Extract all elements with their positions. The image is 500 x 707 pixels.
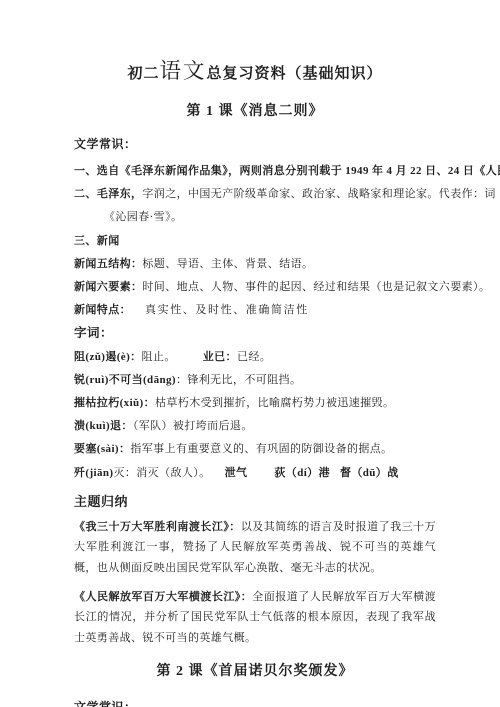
theme-paragraph-1: 《我三十万大军胜利南渡长江》：以及其简练的语言及时报道了我三十万大军胜利渡江一事… xyxy=(74,517,436,579)
vocab-jian-label: 歼(jiān) xyxy=(74,467,113,479)
news-features-label: 新闻特点： xyxy=(74,304,131,316)
news-item: 三、新闻 xyxy=(74,230,436,253)
lesson2-heading: 第 2 课《首届诺贝尔奖颁发》 xyxy=(74,664,436,680)
lesson1-heading: 第 1 课《消息二则》 xyxy=(74,104,436,120)
title-suffix: 总复习资料（基础知识） xyxy=(207,66,383,82)
vocab-sai-text: 指军事上有重要意义的、有巩固的防御设备的据点。 xyxy=(130,443,392,455)
vocab-yeyi-text: 已经。 xyxy=(237,351,271,363)
vocab-rui-label: 锐(ruì)不可当(dāng) xyxy=(74,374,176,386)
news-structure-line: 新闻五结构：标题、导语、主体、背景、结语。 xyxy=(74,253,436,276)
vocab-extra3: 督（dū）战 xyxy=(340,467,399,479)
news-elements-line: 新闻六要素：时间、地点、人物、事件的起因、经过和结果（也是记叙文六要素）。 xyxy=(74,276,436,299)
title-prefix: 初二 xyxy=(127,66,159,82)
news-features-text: 真实性、及时性、准确简洁性 xyxy=(145,304,309,316)
vocab-yeyi-label: 业已： xyxy=(203,351,237,363)
vocab-line-sai: 要塞(sài)：指军事上有重要意义的、有巩固的防御设备的据点。 xyxy=(74,438,436,461)
title-subject: 语文 xyxy=(159,59,206,83)
document-page: 初二语文总复习资料（基础知识） 第 1 课《消息二则》 文学常识： 一、选自《毛… xyxy=(0,0,500,707)
vocab-zue-text: 阻止。 xyxy=(142,351,176,363)
author-item-continuation: 《沁园春·雪》。 xyxy=(74,206,436,229)
vocab-heading: 字词： xyxy=(74,322,436,345)
vocab-rui-text: ：锋利无比，不可阻挡。 xyxy=(176,374,301,386)
source-item: 一、选自《毛泽东新闻作品集》，两则消息分别刊载于 1949 年 4 月 22 日… xyxy=(74,160,436,183)
vocab-line-rui: 锐(ruì)不可当(dāng)：锋利无比，不可阻挡。 xyxy=(74,369,436,392)
vocab-kui-text: （军队）被打垮而后退。 xyxy=(133,420,253,432)
literature-knowledge-label-2: 文学常识： xyxy=(74,700,436,707)
vocab-line-cuiku: 摧枯拉朽(xiǔ)：枯草朽木受到摧折，比喻腐朽势力被迅速摧毁。 xyxy=(74,392,436,415)
news-features-line: 新闻特点：真实性、及时性、准确简洁性 xyxy=(74,299,436,322)
vocab-line-jian: 歼(jiān)灭：消灭（敌人）。泄气荻（dí）港督（dū）战 xyxy=(74,462,436,485)
news-elements-label: 新闻六要素： xyxy=(74,281,142,293)
vocab-cuiku-label: 摧枯拉朽(xiǔ)： xyxy=(74,397,155,409)
author-item-label: 二、毛泽东， xyxy=(74,188,142,200)
vocab-kui-label: 溃(kuì)退： xyxy=(74,420,133,432)
theme-p1-label: 《我三十万大军胜利南渡长江》： xyxy=(74,521,241,533)
vocab-zue-label: 阻(zǔ)遏(è)： xyxy=(74,351,142,363)
author-item: 二、毛泽东，字润之，中国无产阶级革命家、政治家、战略家和理论家。代表作：词 xyxy=(74,183,436,206)
theme-paragraph-2: 《人民解放军百万大军横渡长江》：全面报道了人民解放军百万大军横渡长江的情况，并分… xyxy=(74,587,436,649)
theme-heading: 主题归纳 xyxy=(74,493,436,511)
vocab-line-kui: 溃(kuì)退：（军队）被打垮而后退。 xyxy=(74,415,436,438)
vocab-extra1: 泄气 xyxy=(225,467,248,479)
news-elements-text: 时间、地点、人物、事件的起因、经过和结果（也是记叙文六要素）。 xyxy=(142,281,490,293)
literature-knowledge-label: 文学常识： xyxy=(74,137,436,151)
news-structure-label: 新闻五结构： xyxy=(74,258,142,270)
vocab-cuiku-text: 枯草朽木受到摧折，比喻腐朽势力被迅速摧毁。 xyxy=(155,397,394,409)
vocab-sai-label: 要塞(sài)： xyxy=(74,443,130,455)
vocab-extra2: 荻（dí）港 xyxy=(274,467,330,479)
theme-p2-label: 《人民解放军百万大军横渡长江》： xyxy=(74,591,252,603)
vocab-jian-text: 灭：消灭（敌人）。 xyxy=(113,467,210,479)
document-title: 初二语文总复习资料（基础知识） xyxy=(74,56,436,89)
news-structure-text: 标题、导语、主体、背景、结语。 xyxy=(142,258,313,270)
vocab-line-zue: 阻(zǔ)遏(è)：阻止。业已：已经。 xyxy=(74,346,436,369)
author-item-text: 字润之，中国无产阶级革命家、政治家、战略家和理论家。代表作：词 xyxy=(142,188,495,200)
